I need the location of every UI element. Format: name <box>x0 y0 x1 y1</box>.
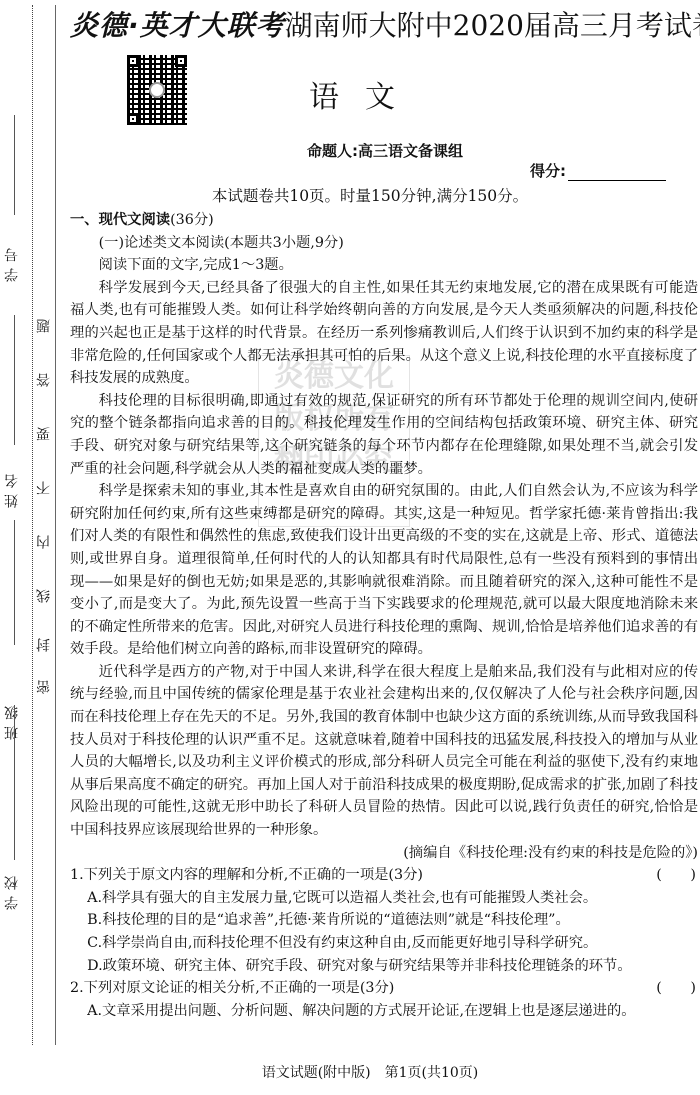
seal-char: 内 <box>36 535 52 549</box>
passage-paragraph: 科技伦理的目标很明确,即通过有效的规范,保证研究的所有环节都处于伦理的规训空间内… <box>70 390 698 480</box>
answer-blank[interactable]: ( ) <box>656 977 698 1000</box>
seal-char: 要 <box>36 427 52 441</box>
score-blank[interactable] <box>568 164 666 181</box>
student-id-label: 学号 <box>4 242 20 282</box>
school-fill-line[interactable] <box>14 705 15 860</box>
score-field: 得分: <box>530 160 666 181</box>
seal-char: 线 <box>36 589 52 603</box>
question-stem: 2.下列对原文论证的相关分析,不正确的一项是(3分) <box>70 977 394 1000</box>
section-heading: 一、现代文阅读(36分) <box>70 209 698 232</box>
passage-paragraph: 科学是探索未知的事业,其本性是喜欢自由的研究氛围的。由此,人们自然会认为,不应该… <box>70 480 698 661</box>
seal-char: 密 <box>36 680 52 694</box>
qr-finder-icon <box>175 55 187 67</box>
option-c: C.科学崇尚自由,而科技伦理不但没有约束这种自由,反而能更好地引导科学研究。 <box>70 932 698 955</box>
option-b: B.科技伦理的目的是“追求善”,托德·莱肯所说的“道德法则”就是“科技伦理”。 <box>70 909 698 932</box>
reading-instruction: 阅读下面的文字,完成1～3题。 <box>70 254 698 277</box>
subject-title: 语文 <box>0 72 700 116</box>
class-label: 班级 <box>4 700 20 740</box>
option-a: A.文章采用提出问题、分析问题、解决问题的方式展开论证,在逻辑上也是逐层递进的。 <box>70 1000 698 1023</box>
question-1: 1.下列关于原文内容的理解和分析,不正确的一项是(3分) ( ) A.科学具有强… <box>70 864 698 977</box>
seal-char: 题 <box>36 319 52 333</box>
seal-char: 封 <box>36 638 52 652</box>
section-title: 一、现代文阅读 <box>70 212 170 228</box>
binding-margin: 学号 姓名 班级 学校 题 答 要 不 内 线 封 密 <box>0 0 56 1095</box>
section-points: (36分) <box>170 212 214 228</box>
exam-title: 湖南师大附中2020届高三月考试卷(四) <box>285 9 700 42</box>
subsection-heading: (一)论述类文本阅读(本题共3小题,9分) <box>70 232 698 255</box>
question-2: 2.下列对原文论证的相关分析,不正确的一项是(3分) ( ) A.文章采用提出问… <box>70 977 698 1022</box>
author-line: 命题人:高三语文备课组 <box>0 140 700 161</box>
name-label: 姓名 <box>4 468 20 508</box>
passage-source: (摘编自《科技伦理:没有约束的科技是危险的》) <box>70 842 698 865</box>
exam-header: 炎德·英才大联考湖南师大附中2020届高三月考试卷(四) <box>70 4 700 44</box>
passage-paragraph: 近代科学是西方的产物,对于中国人来讲,科学在很大程度上是舶来品,我们没有与此相对… <box>70 661 698 842</box>
name-fill-line[interactable] <box>14 315 15 445</box>
school-label: 学校 <box>4 870 20 910</box>
passage-paragraph: 科学发展到今天,已经具备了很强大的自主性,如果任其无约束地发展,它的潜在成果既有… <box>70 277 698 390</box>
qr-finder-icon <box>127 55 139 67</box>
cut-line <box>32 5 33 1045</box>
question-stem-row: 1.下列关于原文内容的理解和分析,不正确的一项是(3分) ( ) <box>70 864 698 887</box>
question-stem-row: 2.下列对原文论证的相关分析,不正确的一项是(3分) ( ) <box>70 977 698 1000</box>
seal-char: 不 <box>36 481 52 495</box>
exam-content: 一、现代文阅读(36分) (一)论述类文本阅读(本题共3小题,9分) 阅读下面的… <box>70 209 698 1022</box>
option-d: D.政策环境、研究主体、研究手段、研究对象与研究结果等并非科技伦理链条的环节。 <box>70 955 698 978</box>
page-footer: 语文试题(附中版) 第1页(共10页) <box>0 1062 700 1082</box>
question-stem: 1.下列关于原文内容的理解和分析,不正确的一项是(3分) <box>70 864 423 887</box>
brand-name: 炎德·英才大联考 <box>70 9 285 42</box>
class-fill-line[interactable] <box>14 520 15 645</box>
exam-info: 本试题卷共10页。时量150分钟,满分150分。 <box>0 184 700 206</box>
seal-char: 答 <box>36 373 52 387</box>
answer-blank[interactable]: ( ) <box>656 864 698 887</box>
option-a: A.科学具有强大的自主发展力量,它既可以造福人类社会,也有可能摧毁人类社会。 <box>70 887 698 910</box>
score-label: 得分: <box>530 162 566 180</box>
margin-border <box>55 5 56 1045</box>
